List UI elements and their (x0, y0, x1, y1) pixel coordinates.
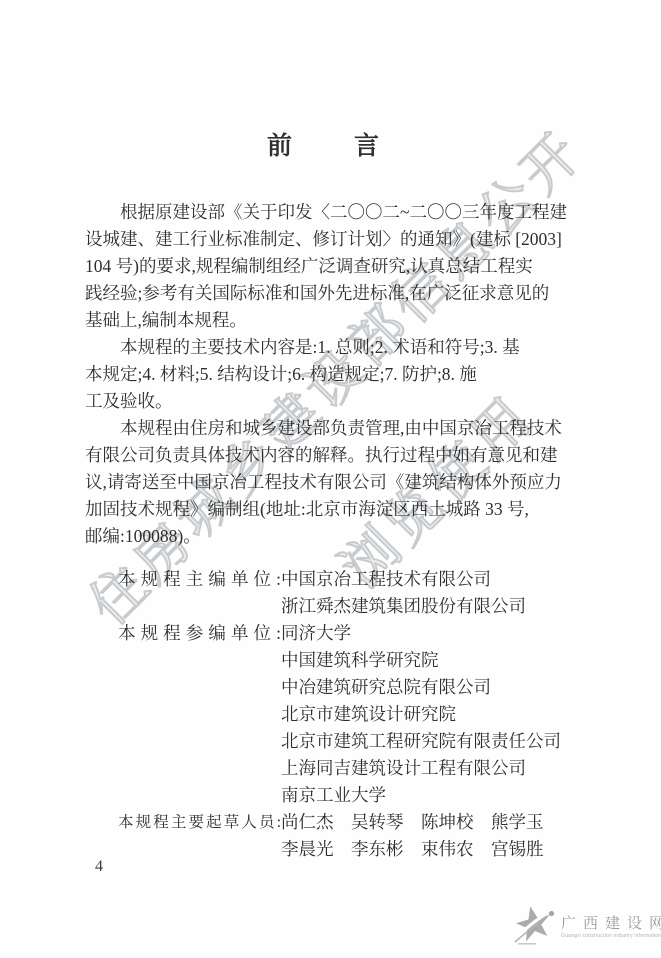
participating-editor-row: 本规程参编单位: 同济大学 中国建筑科学研究院 中冶建筑研究总院有限公司 北京市… (85, 620, 625, 809)
foreword-body: 根据原建设部《关于印发〈二〇〇二~二〇〇三年度工程建 设城建、建工行业标准制定、… (85, 199, 595, 550)
drafter-names: 尚仁杰 吴转琴 陈坤校 熊学玉 (281, 809, 625, 836)
paragraph-line: 邮编:100088)。 (85, 523, 595, 550)
paragraph-line: 本规定;4. 材料;5. 结构设计;6. 构造规定;7. 防护;8. 施 (85, 361, 595, 388)
organization-name: 南京工业大学 (281, 782, 625, 809)
paragraph-line: 基础上,编制本规程。 (85, 307, 595, 334)
paragraph-line: 设城建、建工行业标准制定、修订计划〉的通知》(建标 [2003] (85, 226, 595, 253)
paragraph-line: 104 号)的要求,规程编制组经广泛调查研究,认真总结工程实 (85, 253, 595, 280)
organization-name: 同济大学 (281, 620, 625, 647)
organization-name: 北京市建筑设计研究院 (281, 701, 625, 728)
organization-name: 北京市建筑工程研究院有限责任公司 (281, 728, 625, 755)
participating-editor-values: 同济大学 中国建筑科学研究院 中冶建筑研究总院有限公司 北京市建筑设计研究院 北… (281, 620, 625, 809)
organization-name: 中国京冶工程技术有限公司 (281, 566, 625, 593)
organization-name: 上海同吉建筑设计工程有限公司 (281, 755, 625, 782)
chief-editor-label: 本规程主编单位: (118, 566, 281, 593)
page-title: 前言 (0, 126, 646, 162)
paragraph-line: 根据原建设部《关于印发〈二〇〇二~二〇〇三年度工程建 (85, 199, 595, 226)
chief-editor-values: 中国京冶工程技术有限公司 浙江舜杰建筑集团股份有限公司 (281, 566, 625, 620)
organization-name: 中国建筑科学研究院 (281, 647, 625, 674)
star-logo-icon (512, 902, 556, 953)
document-page: 住房城乡建设部信息公开 浏览使用 前言 根据原建设部《关于印发〈二〇〇二~二〇〇… (0, 0, 661, 958)
site-logo-name: 广西建设网 (561, 915, 661, 933)
paragraph-line: 加固技术规程》编制组(地址:北京市海淀区西土城路 33 号, (85, 496, 595, 523)
site-logo: 广西建设网 Guangxi construction industry info… (512, 902, 661, 953)
paragraph-line: 工及验收。 (85, 388, 595, 415)
page-number: 4 (95, 858, 103, 876)
organization-name: 浙江舜杰建筑集团股份有限公司 (281, 593, 625, 620)
title-char-2: 言 (354, 133, 379, 160)
site-logo-tagline: Guangxi construction industry informatio… (561, 933, 661, 940)
credits-block: 本规程主编单位: 中国京冶工程技术有限公司 浙江舜杰建筑集团股份有限公司 本规程… (85, 566, 625, 863)
paragraph-line: 议,请寄送至中国京冶工程技术有限公司《建筑结构体外预应力 (85, 469, 595, 496)
paragraph-line: 践经验;参考有关国际标准和国外先进标准,在广泛征求意见的 (85, 280, 595, 307)
drafter-names: 李晨光 李东彬 束伟农 宫锡胜 (281, 836, 625, 863)
chief-editor-row: 本规程主编单位: 中国京冶工程技术有限公司 浙江舜杰建筑集团股份有限公司 (85, 566, 625, 620)
paragraph-line: 本规程由住房和城乡建设部负责管理,由中国京冶工程技术 (85, 415, 595, 442)
site-logo-text: 广西建设网 Guangxi construction industry info… (561, 915, 661, 940)
participating-editor-label: 本规程参编单位: (118, 620, 281, 647)
paragraph-line: 有限公司负责具体技术内容的解释。执行过程中如有意见和建 (85, 442, 595, 469)
drafters-row: 本规程主要起草人员: 尚仁杰 吴转琴 陈坤校 熊学玉 李晨光 李东彬 束伟农 宫… (85, 809, 625, 863)
paragraph-line: 本规程的主要技术内容是:1. 总则;2. 术语和符号;3. 基 (85, 334, 595, 361)
drafters-values: 尚仁杰 吴转琴 陈坤校 熊学玉 李晨光 李东彬 束伟农 宫锡胜 (281, 809, 625, 863)
drafters-label: 本规程主要起草人员: (118, 809, 281, 836)
organization-name: 中冶建筑研究总院有限公司 (281, 674, 625, 701)
title-char-1: 前 (267, 133, 292, 160)
